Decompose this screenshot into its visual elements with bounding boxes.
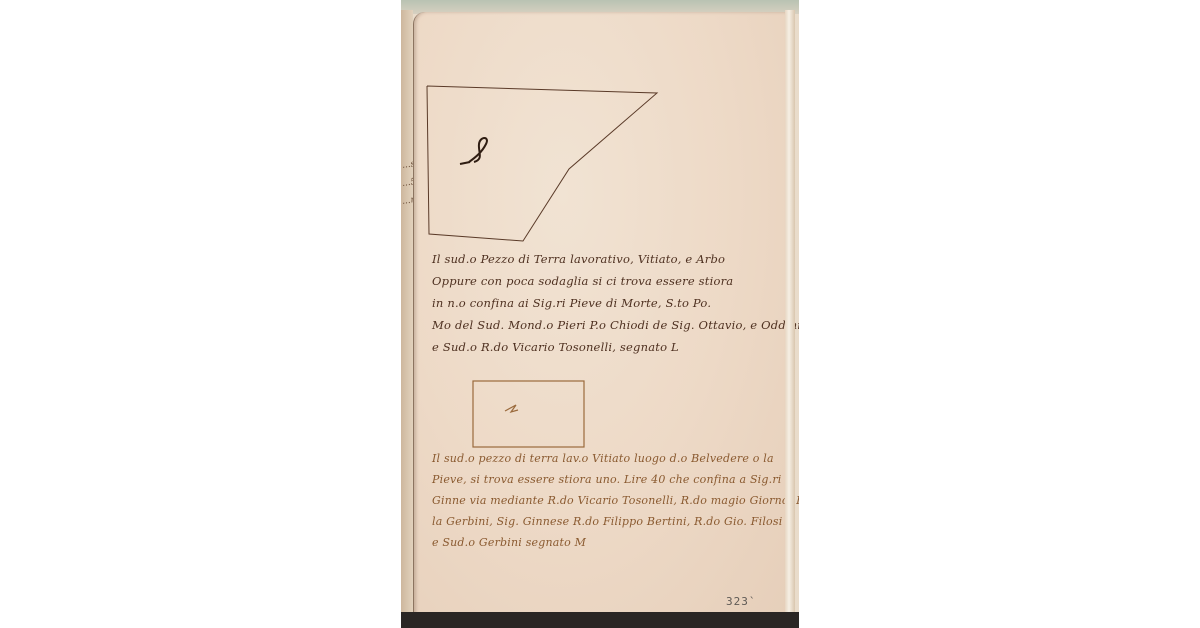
plot-label-M-glyph: [505, 405, 518, 412]
page-stack-edge: [785, 10, 795, 616]
paragraph-1-line: in n.o confina ai Sig.ri Pieve di Morte,…: [432, 296, 711, 310]
manuscript-scan: ...s ...5 ...r Il sud.o Pezzo di Terra l…: [401, 0, 799, 628]
paragraph-2-line: e Sud.o Gerbini segnato M: [432, 536, 586, 549]
scan-bottom-edge: [401, 612, 799, 628]
plot-label-L-glyph: [460, 138, 487, 164]
manuscript-page: Il sud.o Pezzo di Terra lavorativo, Viti…: [413, 12, 786, 616]
paragraph-1-line: Mo del Sud. Mond.o Pieri P.o Chiodi de S…: [432, 318, 799, 332]
paragraph-1-line: Oppure con poca sodaglia si ci trova ess…: [432, 274, 733, 288]
paragraph-2-line: Pieve, si trova essere stiora uno. Lire …: [432, 473, 782, 486]
facing-page-edge: ...s ...5 ...r: [401, 10, 413, 615]
paragraph-1-line: Il sud.o Pezzo di Terra lavorativo, Viti…: [432, 252, 725, 266]
paragraph-2-line: Ginne via mediante R.do Vicario Tosonell…: [432, 494, 799, 507]
paragraph-1-line: e Sud.o R.do Vicario Tosonelli, segnato …: [432, 340, 679, 354]
paragraph-2-line: la Gerbini, Sig. Ginnese R.do Filippo Be…: [432, 515, 782, 528]
plot-outline-M: [473, 381, 584, 447]
page-number-stamp: 323`: [726, 595, 757, 608]
paragraph-2-line: Il sud.o pezzo di terra lav.o Vitiato lu…: [432, 452, 774, 465]
